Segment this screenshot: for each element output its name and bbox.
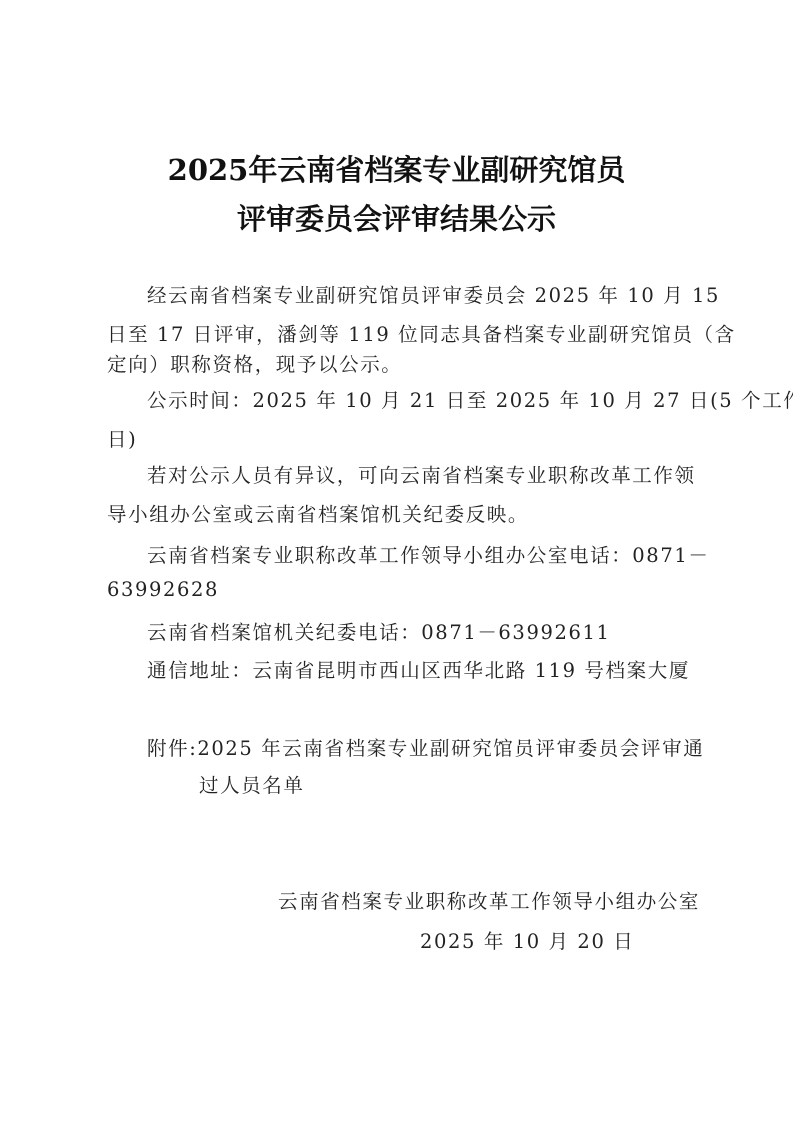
text-line: 定向）职称资格，现予以公示。: [107, 349, 402, 377]
text-line: 63992628: [107, 578, 219, 601]
text-line: 公示时间：2025 年 10 月 21 日至 2025 年 10 月 27 日(…: [147, 385, 793, 413]
document-title-line-2: 评审委员会评审结果公示: [0, 197, 793, 238]
text-line: 经云南省档案专业副研究馆员评审委员会 2025 年 10 月 15: [147, 280, 720, 308]
text-line: 通信地址：云南省昆明市西山区西华北路 119 号档案大厦: [147, 655, 690, 683]
text-line: 过人员名单: [199, 770, 305, 798]
text-line: 附件:2025 年云南省档案专业副研究馆员评审委员会评审通: [147, 733, 704, 761]
text-line: 云南省档案专业职称改革工作领导小组办公室电话：0871－: [147, 540, 709, 568]
text-line: 若对公示人员有异议，可向云南省档案专业职称改革工作领: [147, 460, 696, 488]
issuer-signature: 云南省档案专业职称改革工作领导小组办公室: [278, 886, 700, 914]
text-line: 导小组办公室或云南省档案馆机关纪委反映。: [107, 499, 529, 527]
issue-date: 2025 年 10 月 20 日: [420, 926, 634, 954]
text-line: 日): [107, 424, 137, 452]
text-line: 日至 17 日评审，潘剑等 119 位同志具备档案专业副研究馆员（含: [107, 319, 736, 347]
document-title-line-1: 2025年云南省档案专业副研究馆员: [0, 148, 793, 189]
text-line: 云南省档案馆机关纪委电话：0871－63992611: [147, 617, 610, 645]
